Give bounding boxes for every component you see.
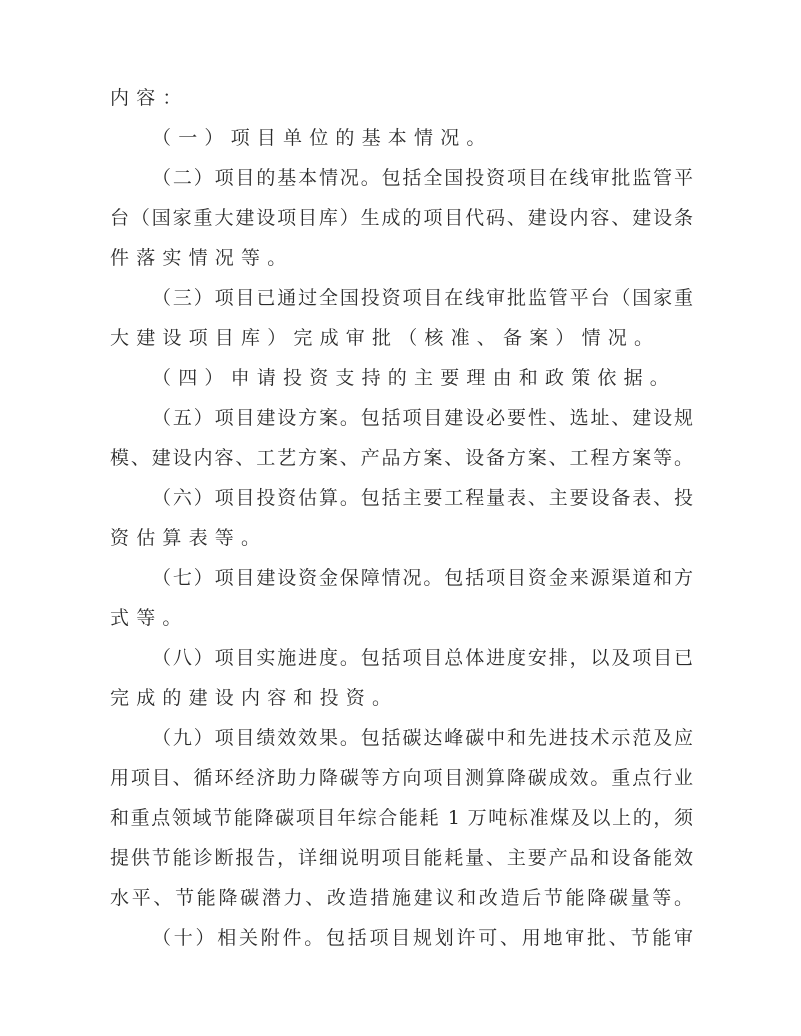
text-line-item-7-cont: 式等。 — [110, 604, 693, 632]
text-line-item-10: （十）相关附件。包括项目规划许可、用地审批、节能审 — [152, 924, 693, 952]
text-line-item-2-cont: 件落实情况等。 — [110, 244, 693, 272]
text-line-item-9: （九）项目绩效效果。包括碳达峰碳中和先进技术示范及应 — [152, 724, 693, 752]
document-page: 内容： （一）项目单位的基本情况。 （二）项目的基本情况。包括全国投资项目在线审… — [0, 0, 801, 1036]
text-line-item-9-cont: 水平、节能降碳潜力、改造措施建议和改造后节能降碳量等。 — [110, 884, 693, 912]
text-line-item-5-cont: 模、建设内容、工艺方案、产品方案、设备方案、工程方案等。 — [110, 444, 693, 472]
text-line-item-9-cont: 提供节能诊断报告，详细说明项目能耗量、主要产品和设备能效 — [110, 844, 693, 872]
text-line-item-9-cont: 和重点领域节能降碳项目年综合能耗 1 万吨标准煤及以上的，须 — [110, 804, 693, 832]
text-line-item-3: （三）项目已通过全国投资项目在线审批监管平台（国家重 — [152, 284, 693, 312]
text-line-item-9-cont: 用项目、循环经济助力降碳等方向项目测算降碳成效。重点行业 — [110, 764, 693, 792]
text-line-item-6-cont: 资估算表等。 — [110, 524, 693, 552]
text-line-item-2-cont: 台（国家重大建设项目库）生成的项目代码、建设内容、建设条 — [110, 204, 693, 232]
text-line-item-2: （二）项目的基本情况。包括全国投资项目在线审批监管平 — [152, 164, 693, 192]
text-line-item-8-cont: 完成的建设内容和投资。 — [110, 684, 693, 712]
text-line-item-6: （六）项目投资估算。包括主要工程量表、主要设备表、投 — [152, 484, 693, 512]
text-line-item-3-cont: 大建设项目库）完成审批（核准、备案）情况。 — [110, 324, 693, 352]
text-line-item-7: （七）项目建设资金保障情况。包括项目资金来源渠道和方 — [152, 564, 693, 592]
text-line-item-4: （四）申请投资支持的主要理由和政策依据。 — [152, 364, 693, 392]
text-line-item-1: （一）项目单位的基本情况。 — [152, 124, 693, 152]
text-line-item-5: （五）项目建设方案。包括项目建设必要性、选址、建设规 — [152, 404, 693, 432]
text-line-intro: 内容： — [110, 84, 693, 112]
text-line-item-8: （八）项目实施进度。包括项目总体进度安排，以及项目已 — [152, 644, 693, 672]
